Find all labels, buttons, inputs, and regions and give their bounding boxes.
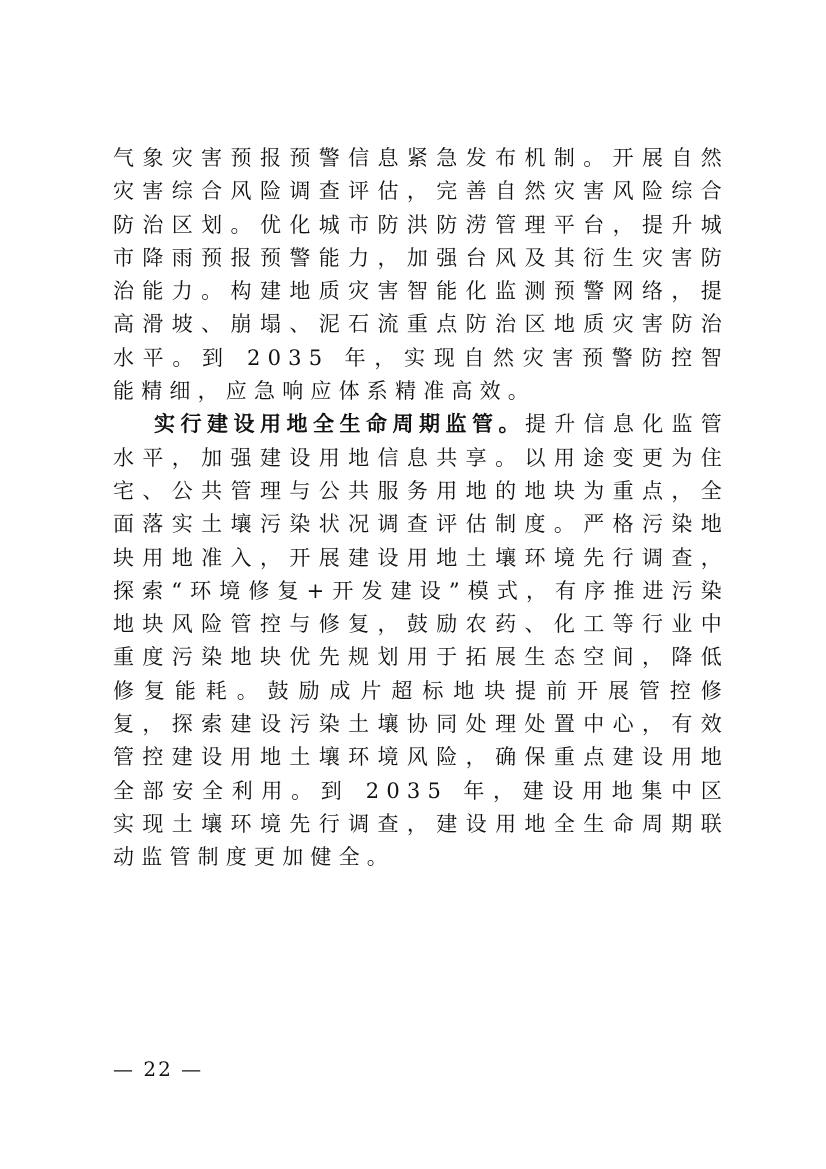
body-text: 气象灾害预报预警信息紧急发布机制。开展自然灾害综合风险调查评估，完善自然灾害风险… (113, 142, 729, 875)
document-page: 气象灾害预报预警信息紧急发布机制。开展自然灾害综合风险调查评估，完善自然灾害风险… (0, 0, 826, 1169)
paragraph-text: 气象灾害预报预警信息紧急发布机制。开展自然灾害综合风险调查评估，完善自然灾害风险… (113, 146, 729, 403)
paragraph-disaster-warning: 气象灾害预报预警信息紧急发布机制。开展自然灾害综合风险调查评估，完善自然灾害风险… (113, 142, 729, 408)
paragraph-lead-heading: 实行建设用地全生命周期监管。 (154, 412, 525, 436)
paragraph-land-supervision: 实行建设用地全生命周期监管。提升信息化监管水平，加强建设用地信息共享。以用途变更… (113, 408, 729, 874)
page-number: — 22 — (113, 1057, 203, 1081)
paragraph-text: 提升信息化监管水平，加强建设用地信息共享。以用途变更为住宅、公共管理与公共服务用… (113, 412, 729, 869)
